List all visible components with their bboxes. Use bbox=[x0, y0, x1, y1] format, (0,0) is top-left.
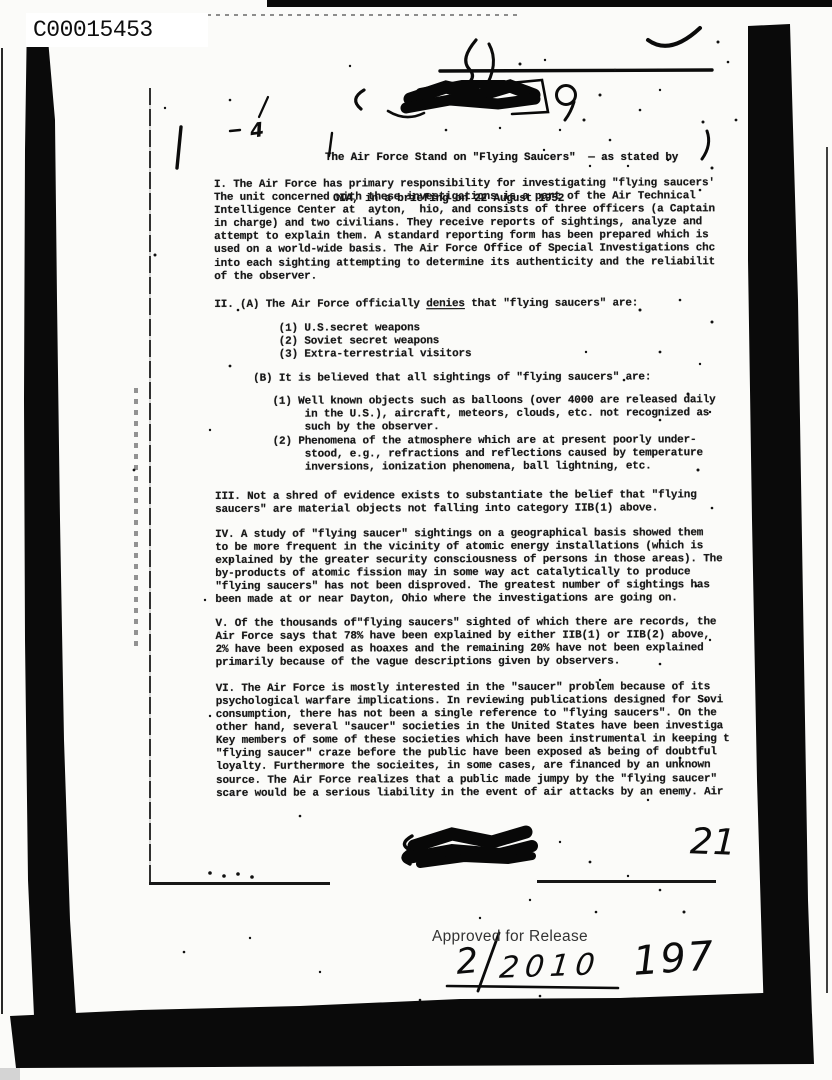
typed-line: primarily because of the vague descripti… bbox=[216, 655, 756, 670]
page-frame-bottom-line-right bbox=[537, 880, 716, 883]
paragraph: I. The Air Force has primary responsibil… bbox=[214, 177, 754, 284]
typed-body: I. The Air Force has primary responsibil… bbox=[214, 177, 756, 801]
typed-line: (B) It is believed that all sightings of… bbox=[215, 371, 755, 386]
typed-line: (3) Extra-terrestrial visitors bbox=[215, 347, 755, 362]
paragraph: V. Of the thousands of"flying saucers" s… bbox=[215, 616, 755, 670]
typed-line: 2% have been exposed as hoaxes and the r… bbox=[216, 642, 756, 657]
redaction-scribble-top bbox=[406, 80, 548, 114]
paragraph: (1) U.S.secret weapons (2) Soviet secret… bbox=[214, 321, 754, 362]
release-date-year-handwritten: 2010 bbox=[498, 947, 602, 985]
typed-line: scare would be a serious liability in th… bbox=[216, 786, 756, 801]
typed-line: inversions, ionization phenomena, ball l… bbox=[215, 460, 755, 475]
typed-line: in the U.S.), aircraft, meteors, clouds,… bbox=[215, 407, 755, 422]
typed-line: (2) Phenomena of the atmosphere which ar… bbox=[215, 434, 755, 449]
margin-micro-marks bbox=[134, 388, 138, 650]
paragraph: (1) Well known objects such as balloons … bbox=[215, 394, 755, 474]
scan-right-edge-line bbox=[826, 147, 828, 993]
paragraph: VI. The Air Force is mostly interested i… bbox=[216, 681, 756, 801]
document-id-stamp: C00015453 bbox=[26, 13, 208, 47]
paragraph: IV. A study of "flying saucer" sightings… bbox=[215, 527, 755, 607]
typed-line: used on a world-wide basis. The Air Forc… bbox=[214, 243, 754, 258]
margin-numeral-handwritten: 4 bbox=[248, 117, 265, 143]
typed-line: been made at or near Dayton, Ohio where … bbox=[215, 592, 755, 607]
release-date-month-handwritten: 2 bbox=[454, 941, 480, 983]
redaction-scribble-bottom bbox=[403, 832, 532, 864]
typed-line: into each sighting attempting to determi… bbox=[214, 256, 754, 271]
scan-corner-artifact bbox=[0, 1068, 20, 1080]
typed-line: loyalty. Furthermore the socieites, in s… bbox=[216, 760, 756, 775]
review-number-handwritten: 197 bbox=[631, 933, 716, 985]
paragraph: (B) It is believed that all sightings of… bbox=[215, 371, 755, 386]
typed-line: saucers" are material objects not fallin… bbox=[215, 502, 755, 517]
page-frame-left-line bbox=[149, 88, 151, 883]
scanned-document-page: The Air Force Stand on "Flying Saucers" … bbox=[0, 0, 832, 1080]
paragraph: III. Not a shred of evidence exists to s… bbox=[215, 489, 755, 517]
scan-left-edge-line bbox=[1, 48, 3, 1014]
paragraph: II. (A) The Air Force officially denies … bbox=[214, 297, 754, 312]
typed-line: II. (A) The Air Force officially denies … bbox=[214, 297, 754, 312]
typed-line: V. Of the thousands of"flying saucers" s… bbox=[215, 616, 755, 631]
scan-top-black-bar bbox=[267, 0, 832, 7]
page-frame-bottom-line-left bbox=[149, 882, 330, 885]
typed-line: III. Not a shred of evidence exists to s… bbox=[215, 489, 755, 504]
typed-line: of the observer. bbox=[214, 269, 754, 284]
document-id-text: C00015453 bbox=[33, 17, 153, 43]
typed-line: stood, e.g., refractions and reflections… bbox=[215, 447, 755, 462]
title-line-1: The Air Force Stand on "Flying Saucers" … bbox=[325, 152, 678, 166]
page-number-handwritten: 21 bbox=[689, 821, 736, 864]
